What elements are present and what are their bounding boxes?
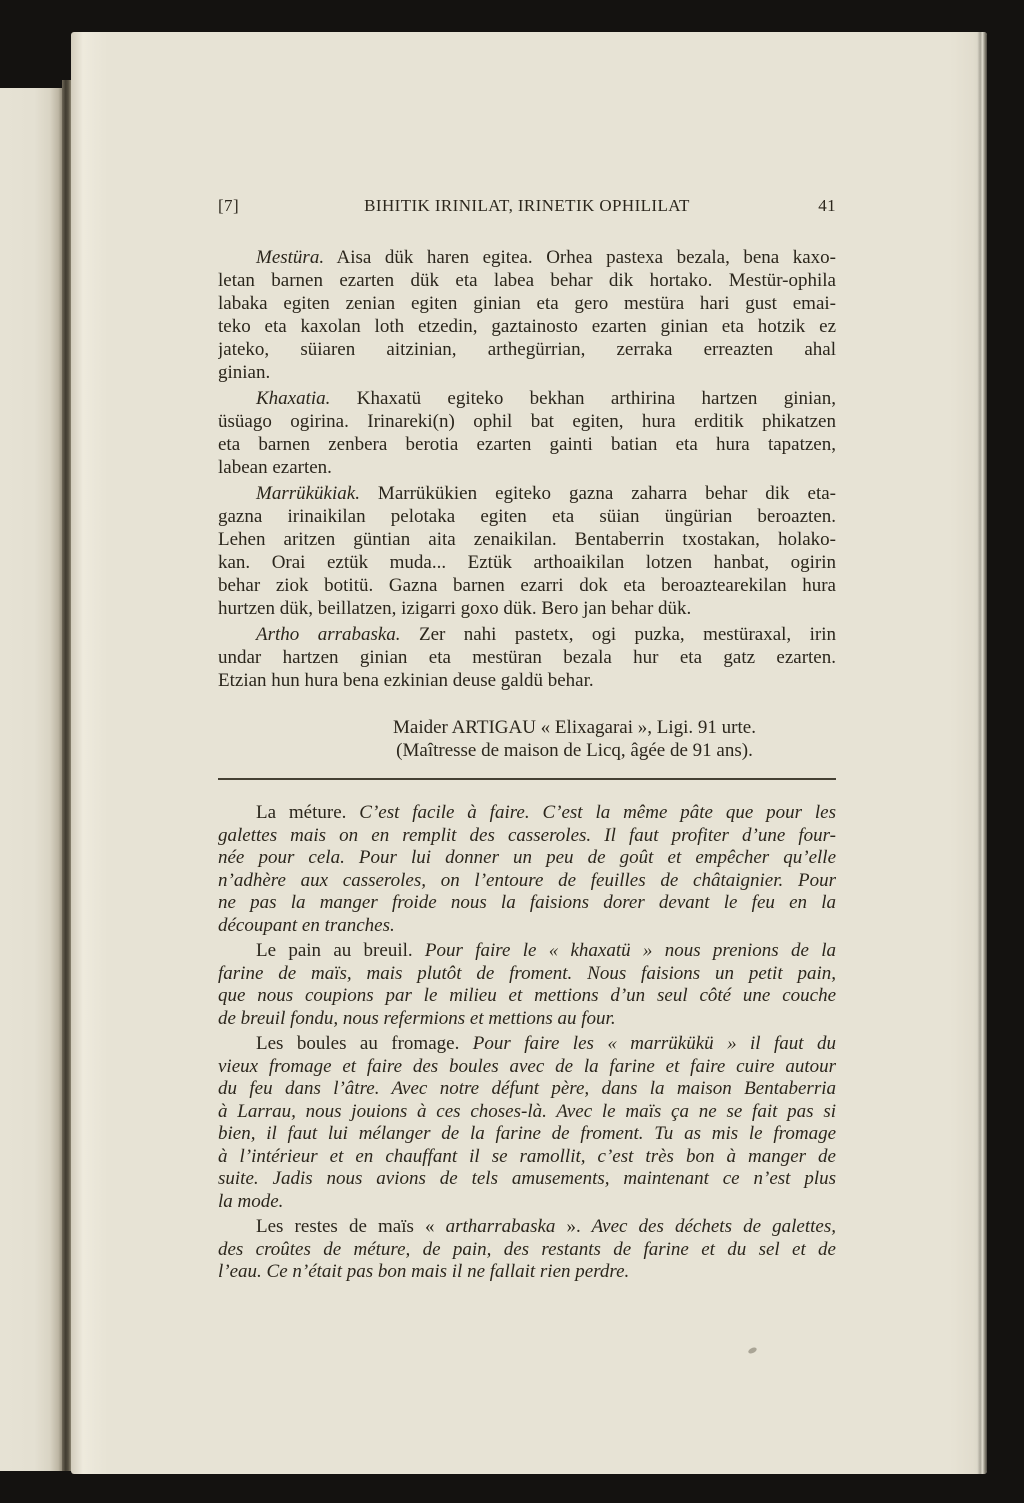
text-line: La méture. C’est facile à faire. C’est l… [218, 802, 836, 825]
text-line: l’eau. Ce n’était pas bon mais il ne fal… [218, 1261, 836, 1284]
header-title: BIHITIK IRINILAT, IRINETIK OPHILILAT [218, 196, 836, 216]
text-line: Les boules au fromage. Pour faire les « … [218, 1033, 836, 1056]
text-line: Marrükükiak. Marrükükien egiteko gazna z… [218, 482, 836, 505]
page-stack-edge [973, 32, 987, 1474]
text-line: des croûtes de méture, de pain, des rest… [218, 1239, 836, 1262]
paragraph: Les boules au fromage. Pour faire les « … [218, 1033, 836, 1213]
text-line: que nous coupions par le milieu et metti… [218, 985, 836, 1008]
text-line: labaka egiten zenian egiten ginian eta g… [218, 292, 836, 315]
text-line: Les restes de maïs « artharrabaska ». Av… [218, 1216, 836, 1239]
attribution-block: Maider ARTIGAU « Elixagarai », Ligi. 91 … [218, 716, 836, 762]
book-page: [7] BIHITIK IRINILAT, IRINETIK OPHILILAT… [71, 32, 987, 1474]
french-text-block: La méture. C’est facile à faire. C’est l… [218, 802, 836, 1284]
scan-background: [7] BIHITIK IRINILAT, IRINETIK OPHILILAT… [0, 0, 1024, 1503]
text-line: à Larrau, nous jouions à ces choses-là. … [218, 1101, 836, 1124]
separator-rule [218, 778, 836, 780]
text-column: [7] BIHITIK IRINILAT, IRINETIK OPHILILAT… [218, 196, 836, 1287]
text-line: letan barnen ezarten dük eta labea behar… [218, 269, 836, 292]
text-line: bien, il faut lui mélanger de la farine … [218, 1123, 836, 1146]
text-line: vieux fromage et faire des boules avec d… [218, 1056, 836, 1079]
text-line: Artho arrabaska. Zer nahi pastetx, ogi p… [218, 623, 836, 646]
text-line: suite. Jadis nous avions de tels amuseme… [218, 1168, 836, 1191]
text-line: à l’intérieur et en chauffant il se ramo… [218, 1146, 836, 1169]
text-line: de breuil fondu, nous refermions et mett… [218, 1008, 836, 1031]
paragraph: Artho arrabaska. Zer nahi pastetx, ogi p… [218, 623, 836, 692]
text-line: undar hartzen ginian eta mestüran bezala… [218, 646, 836, 669]
page-gutter-shadow [62, 80, 71, 1471]
text-line: la mode. [218, 1191, 836, 1214]
attribution-name-line: Maider ARTIGAU « Elixagarai », Ligi. 91 … [313, 716, 836, 739]
paragraph: Khaxatia. Khaxatü egiteko bekhan arthiri… [218, 387, 836, 479]
text-line: Le pain au breuil. Pour faire le « khaxa… [218, 940, 836, 963]
text-line: découpant en tranches. [218, 915, 836, 938]
text-line: née pour cela. Pour lui donner un peu de… [218, 847, 836, 870]
text-line: ne pas la manger froide nous la faisions… [218, 892, 836, 915]
text-line: du feu dans l’âtre. Avec notre défunt pè… [218, 1078, 836, 1101]
paragraph: Les restes de maïs « artharrabaska ». Av… [218, 1216, 836, 1284]
header-page-number: 41 [818, 196, 836, 216]
text-line: kan. Orai eztük muda... Eztük arthoaikil… [218, 551, 836, 574]
text-line: galettes mais on en remplit des casserol… [218, 825, 836, 848]
text-line: labean ezarten. [218, 456, 836, 479]
paragraph: Marrükükiak. Marrükükien egiteko gazna z… [218, 482, 836, 620]
text-line: gazna irinaikilan pelotaka egiten eta sü… [218, 505, 836, 528]
text-line: ginian. [218, 361, 836, 384]
text-line: jateko, süiaren aitzinian, arthegürrian,… [218, 338, 836, 361]
basque-text-block: Mestüra. Aisa dük haren egitea. Orhea pa… [218, 246, 836, 692]
text-line: Lehen aritzen güntian aita zenaikilan. B… [218, 528, 836, 551]
left-page-edge [0, 88, 62, 1471]
text-line: üsüago ogirina. Irinareki(n) ophil bat e… [218, 410, 836, 433]
text-line: teko eta kaxolan loth etzedin, gaztainos… [218, 315, 836, 338]
text-line: Mestüra. Aisa dük haren egitea. Orhea pa… [218, 246, 836, 269]
text-line: Etzian hun hura bena ezkinian deuse gald… [218, 669, 836, 692]
header-section-number: [7] [218, 196, 239, 216]
text-line: eta barnen zenbera berotia ezarten gaint… [218, 433, 836, 456]
paragraph: Mestüra. Aisa dük haren egitea. Orhea pa… [218, 246, 836, 384]
text-line: behar ziok botitü. Gazna barnen ezarri d… [218, 574, 836, 597]
text-line: n’adhère aux casseroles, on l’entoure de… [218, 870, 836, 893]
text-line: farine de maïs, mais plutôt de froment. … [218, 963, 836, 986]
paragraph: La méture. C’est facile à faire. C’est l… [218, 802, 836, 937]
text-line: hurtzen dük, beillatzen, izigarri goxo d… [218, 597, 836, 620]
attribution-translation-line: (Maîtresse de maison de Licq, âgée de 91… [313, 739, 836, 762]
paragraph: Le pain au breuil. Pour faire le « khaxa… [218, 940, 836, 1030]
paper-speck [747, 1346, 757, 1354]
running-header: [7] BIHITIK IRINILAT, IRINETIK OPHILILAT… [218, 196, 836, 220]
text-line: Khaxatia. Khaxatü egiteko bekhan arthiri… [218, 387, 836, 410]
